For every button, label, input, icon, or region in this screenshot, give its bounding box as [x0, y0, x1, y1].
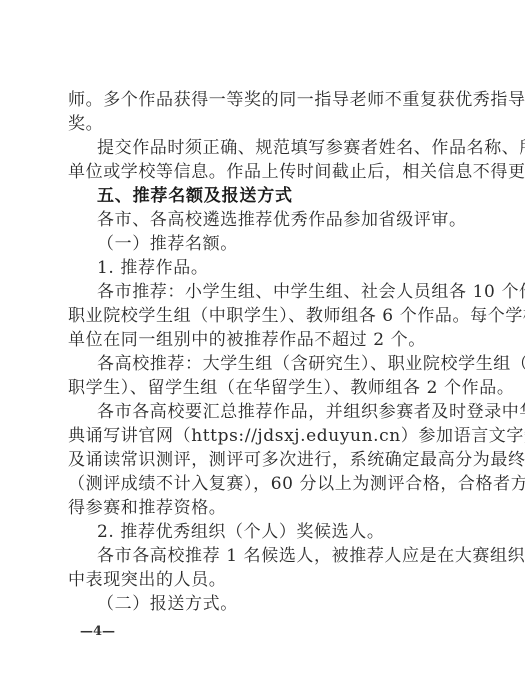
text-line: 职业院校学生组（中职学生）、教师组各 6 个作品。每个学校或 [68, 304, 459, 328]
list-item-heading: 1. 推荐作品。 [68, 256, 459, 280]
text-line: 典诵写讲官网（https://jdsxj.eduyun.cn）参加语言文字知识 [68, 424, 459, 448]
text-line: （测评成绩不计入复赛），60 分以上为测评合格，合格者方可获 [68, 472, 459, 496]
text-line: 各市、各高校遴选推荐优秀作品参加省级评审。 [68, 208, 459, 232]
text-line: 得参赛和推荐资格。 [68, 496, 459, 520]
text-line: 各市推荐：小学生组、中学生组、社会人员组各 10 个作品； [68, 280, 459, 304]
text-line: 师。多个作品获得一等奖的同一指导老师不重复获优秀指导教师 [68, 88, 459, 112]
text-line: 单位或学校等信息。作品上传时间截止后，相关信息不得更改。 [68, 160, 459, 184]
list-item-heading: 2. 推荐优秀组织（个人）奖候选人。 [68, 520, 459, 544]
text-line: 职学生）、留学生组（在华留学生）、教师组各 2 个作品。 [68, 376, 459, 400]
text-line: 中表现突出的人员。 [68, 568, 459, 592]
text-line: 奖。 [68, 112, 459, 136]
text-line: 单位在同一组别中的被推荐作品不超过 2 个。 [68, 328, 459, 352]
page-number: —4— [80, 624, 115, 639]
text-line: 各高校推荐：大学生组（含研究生）、职业院校学生组（高 [68, 352, 459, 376]
document-page: 师。多个作品获得一等奖的同一指导老师不重复获优秀指导教师 奖。 提交作品时须正确… [68, 88, 459, 616]
subsection-heading: （一）推荐名额。 [68, 232, 459, 256]
text-line: 及诵读常识测评，测评可多次进行，系统确定最高分为最终成绩 [68, 448, 459, 472]
section-heading: 五、推荐名额及报送方式 [68, 184, 459, 208]
text-line: 提交作品时须正确、规范填写参赛者姓名、作品名称、所在 [68, 136, 459, 160]
subsection-heading: （二）报送方式。 [68, 592, 459, 616]
text-line: 各市各高校要汇总推荐作品，并组织参赛者及时登录中华经 [68, 400, 459, 424]
text-line: 各市各高校推荐 1 名候选人，被推荐人应是在大赛组织工作 [68, 544, 459, 568]
